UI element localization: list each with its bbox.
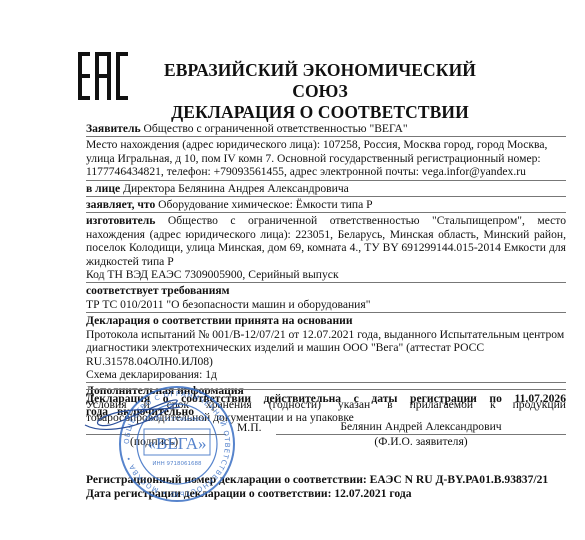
applicant-value: Общество с ограниченной ответственностью… [141,122,408,135]
svg-text:ИНН 9718061688: ИНН 9718061688 [152,461,202,467]
name-caption: (Ф.И.О. заявителя) [276,435,566,448]
basis-row: Декларация о соответствии принята на осн… [86,314,566,383]
basis-scheme: Схема декларирования: 1д [86,368,566,381]
requirements-label: соответствует требованиям [86,284,566,297]
requirements-row: соответствует требованиям ТР ТС 010/2011… [86,284,566,313]
manufacturer-value: Общество с ограниченной ответственностью… [86,214,566,267]
basis-label: Декларация о соответствии принята на осн… [86,314,566,327]
represented-label: в лице [86,182,120,195]
requirements-value: ТР ТС 010/2011 "О безопасности машин и о… [86,298,566,311]
title-declaration: ДЕКЛАРАЦИЯ О СООТВЕТСТВИИ [150,102,490,123]
signature-icon [80,395,190,435]
basis-value: Протокола испытаний № 001/В-12/07/21 от … [86,328,566,368]
document-title: ЕВРАЗИЙСКИЙ ЭКОНОМИЧЕСКИЙ СОЮЗ ДЕКЛАРАЦИ… [150,60,490,123]
declaration-body: Заявитель Общество с ограниченной ответс… [86,122,566,427]
declares-row: заявляет, что Оборудование химическое: Ё… [86,198,566,213]
eac-mark-icon [78,52,128,100]
svg-text:«ВЕГА»: «ВЕГА» [148,434,207,453]
applicant-row: Заявитель Общество с ограниченной ответс… [86,122,566,137]
seal-place-label: М.П. [237,421,261,434]
applicant-label: Заявитель [86,122,141,135]
represented-row: в лице Директора Белянина Андрея Алексан… [86,182,566,197]
applicant-address: Место нахождения (адрес юридического лиц… [86,138,566,180]
manufacturer-row: изготовитель Общество с ограниченной отв… [86,214,566,283]
manufacturer-code: Код ТН ВЭД ЕАЭС 7309005900, Серийный вып… [86,268,566,281]
title-union: ЕВРАЗИЙСКИЙ ЭКОНОМИЧЕСКИЙ СОЮЗ [150,60,490,102]
declares-value: Оборудование химическое: Ёмкости типа Р [155,198,372,211]
applicant-name: Белянин Андрей Александрович [276,420,566,433]
represented-value: Директора Белянина Андрея Александровича [120,182,349,195]
declares-label: заявляет, что [86,198,155,211]
manufacturer-label: изготовитель [86,214,155,227]
